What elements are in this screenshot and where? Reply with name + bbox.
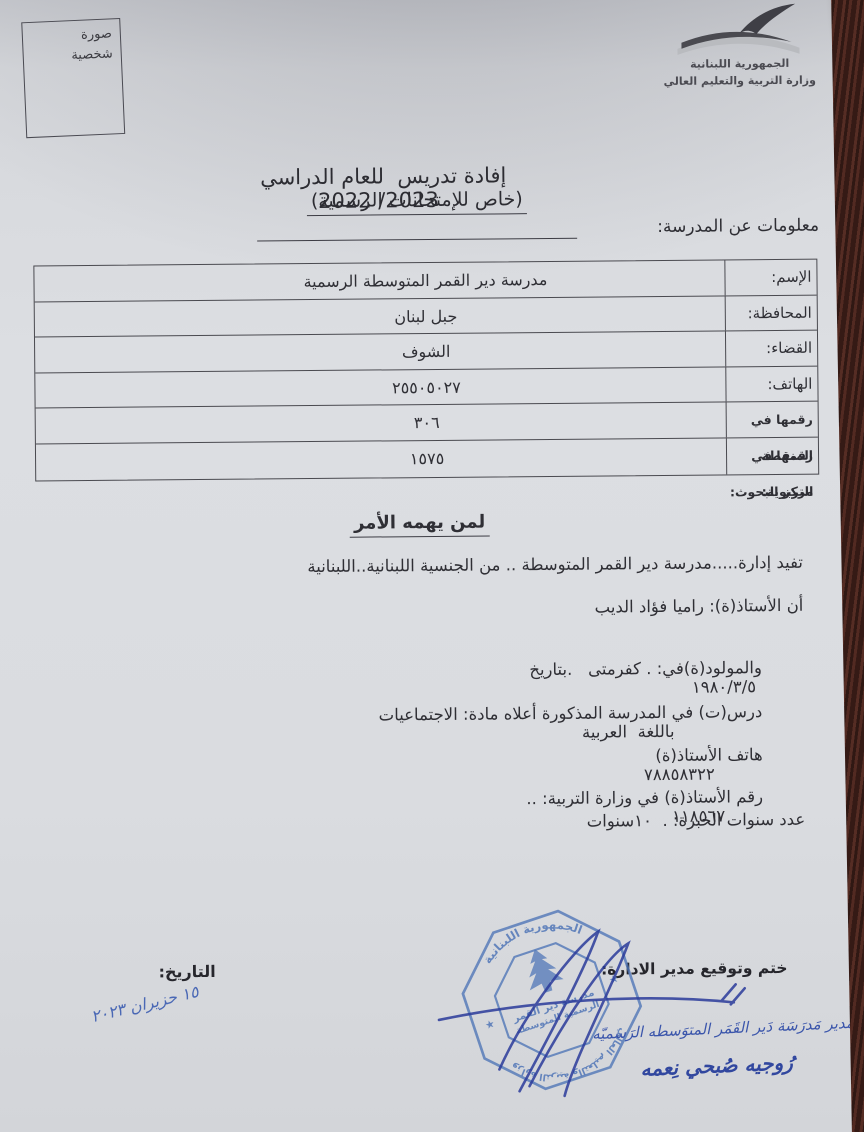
logo-book-swoosh-icon bbox=[659, 3, 819, 56]
logo-republic-line: الجمهورية اللبنانية bbox=[629, 54, 851, 73]
row-value: جبل لبنان bbox=[35, 295, 817, 336]
table-row: ١٥٧٥ رقمها في مركز البحوث: bbox=[36, 438, 818, 480]
birth-text: والمولود(ة)في: . كفرمتى .بتاريخ bbox=[529, 658, 762, 679]
to-whom-heading: لمن يهمه الأمر bbox=[0, 508, 840, 540]
row-value: مدرسة دير القمر المتوسطة الرسمية bbox=[34, 260, 816, 301]
scanned-document-photo: صورة شخصية الجمهورية اللبنانية وزارة الت… bbox=[0, 0, 864, 1132]
photo-placeholder-box: صورة شخصية bbox=[21, 18, 125, 138]
row-value: ٣٠٦ bbox=[36, 402, 818, 443]
body-line-teacher-name: أن الأستاذ(ة): راميا فؤاد الديب bbox=[595, 596, 804, 617]
document-paper: صورة شخصية الجمهورية اللبنانية وزارة الت… bbox=[0, 0, 864, 1132]
handwritten-date: ١٥ حزيران ٢٠٢٣ bbox=[89, 982, 200, 1026]
photo-placeholder-label: صورة شخصية bbox=[22, 19, 121, 72]
row-label: القضاء: bbox=[725, 331, 817, 366]
teacher-phone-text: هاتف الأستاذ(ة) bbox=[655, 745, 763, 765]
body-line-ministry-number: رقم الأستاذ(ة) في وزارة التربية: .. ١١٨٥… bbox=[526, 768, 805, 846]
ministry-logo: الجمهورية اللبنانية وزارة التربية والتعل… bbox=[628, 2, 851, 90]
certificate-subtitle-text: (خاص للإمتحانات الرسمية) bbox=[307, 188, 527, 216]
logo-ministry-line: وزارة التربية والتعليم العالي bbox=[629, 71, 851, 90]
row-value: الشوف bbox=[35, 331, 817, 372]
row-label: الهاتف: bbox=[725, 366, 817, 401]
school-info-table: مدرسة دير القمر المتوسطة الرسمية الإسم: … bbox=[33, 259, 819, 481]
row-label: المحافظة: bbox=[725, 295, 817, 330]
certificate-title-text: إفادة تدريس للعام الدراسي bbox=[260, 163, 506, 189]
body-line-issuing-school: تفيد إدارة.....مدرسة دير القمر المتوسطة … bbox=[307, 553, 803, 576]
ministry-number-text: رقم الأستاذ(ة) في وزارة التربية: .. bbox=[526, 787, 763, 808]
row-label: رقمها في المنقطة التربوية: bbox=[726, 402, 818, 437]
row-label: رقمها في مركز البحوث: bbox=[726, 438, 818, 474]
school-info-heading: معلومات عن المدرسة: bbox=[657, 216, 819, 237]
to-whom-heading-text: لمن يهمه الأمر bbox=[350, 511, 489, 537]
row-value: ١٥٧٥ bbox=[36, 438, 818, 480]
document-content: صورة شخصية الجمهورية اللبنانية وزارة الت… bbox=[0, 0, 864, 1132]
body-line-experience-years: عدد سنوات الخبرة: . ١٠سنوات bbox=[587, 810, 806, 831]
row-value: ٢٥٥٠٥٠٢٧ bbox=[35, 366, 817, 407]
row-label: الإسم: bbox=[724, 260, 816, 295]
subject-text: درس(ت) في المدرسة المذكورة أعلاه مادة: ا… bbox=[379, 702, 763, 724]
date-label: التاريخ: bbox=[158, 962, 215, 981]
